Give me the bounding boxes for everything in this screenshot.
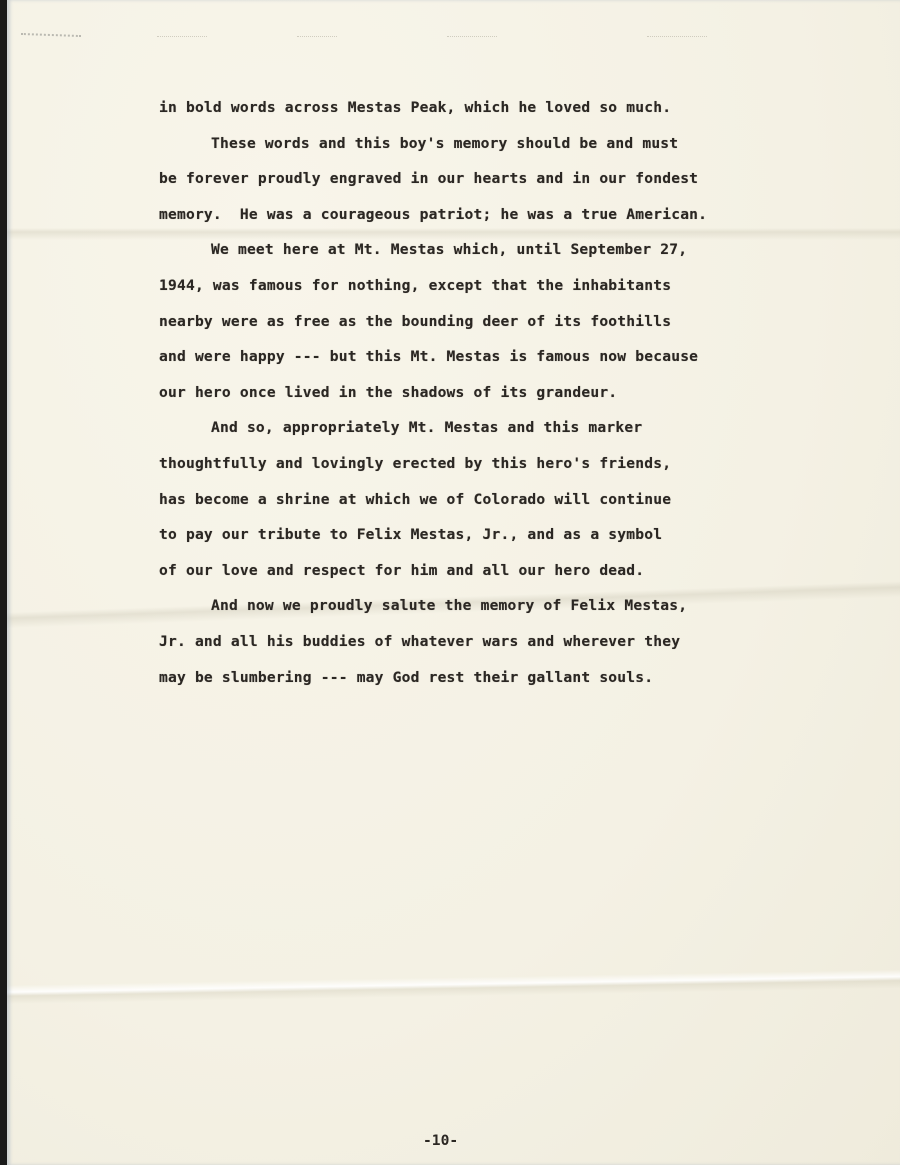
faint-mark [157,36,207,38]
text-line: We meet here at Mt. Mestas which, until … [159,238,859,274]
text-line: of our love and respect for him and all … [159,559,859,595]
text-line: thoughtfully and lovingly erected by thi… [159,452,859,488]
faint-mark [647,36,707,38]
text-line: Jr. and all his buddies of whatever wars… [159,630,859,666]
text-line: in bold words across Mestas Peak, which … [159,96,859,132]
text-line: And now we proudly salute the memory of … [159,594,859,630]
text-line: nearby were as free as the bounding deer… [159,310,859,346]
faint-mark [447,36,497,38]
page-number: -10- [423,1132,458,1149]
body-text: in bold words across Mestas Peak, which … [159,96,859,701]
text-line: 1944, was famous for nothing, except tha… [159,274,859,310]
text-line: memory. He was a courageous patriot; he … [159,203,859,239]
text-line: be forever proudly engraved in our heart… [159,167,859,203]
text-line: and were happy --- but this Mt. Mestas i… [159,345,859,381]
text-line: may be slumbering --- may God rest their… [159,666,859,702]
text-line: has become a shrine at which we of Color… [159,488,859,524]
text-line: to pay our tribute to Felix Mestas, Jr.,… [159,523,859,559]
text-line: our hero once lived in the shadows of it… [159,381,859,417]
text-line: These words and this boy's memory should… [159,132,859,168]
corner-mark [21,25,81,37]
text-line: And so, appropriately Mt. Mestas and thi… [159,416,859,452]
faint-mark [297,36,337,38]
